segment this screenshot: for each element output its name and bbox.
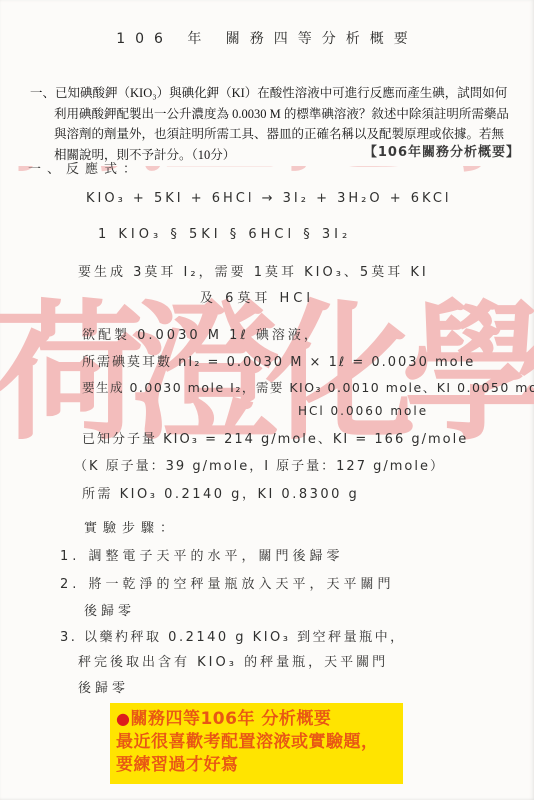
handwritten-line: 要生成 3莫耳 I₂，需要 1莫耳 KIO₃、5莫耳 KI bbox=[78, 261, 429, 280]
note-title: 關務四等106年 分析概要 bbox=[130, 709, 331, 729]
scanned-document-page: 荷澄化學 荷澄化學 106 年 關務四等分析概要 一、已知碘酸鉀（KIO₃）與碘… bbox=[0, 0, 534, 800]
handwritten-line: HCl 0.0060 mole bbox=[298, 404, 428, 418]
handwritten-line: 欲配製 0.0030 M 1ℓ 碘溶液， bbox=[82, 324, 320, 343]
note-line: 要練習過才好寫 bbox=[116, 754, 397, 777]
handwritten-step: 1. 調整電子天平的水平，關門後歸零 bbox=[60, 545, 344, 564]
source-tag: 【106年關務分析概要】 bbox=[364, 141, 520, 160]
highlight-note: ●關務四等106年 分析概要 最近很喜歡考配置溶液或實驗題， 要練習過才好寫 bbox=[110, 703, 403, 784]
handwritten-line: （K 原子量：39 g/mole，I 原子量：127 g/mole） bbox=[74, 455, 445, 474]
handwritten-line: 所需 KIO₃ 0.2140 g，KI 0.8300 g bbox=[82, 483, 359, 502]
handwritten-step-cont: 秤完後取出含有 KIO₃ 的秤量瓶，天平關門 bbox=[78, 651, 388, 670]
handwritten-equation: KIO₃ + 5KI + 6HCl → 3I₂ + 3H₂O + 6KCl bbox=[86, 191, 452, 206]
handwritten-line: 已知分子量 KIO₃ = 214 g/mole、KI = 166 g/mole bbox=[82, 428, 468, 447]
bullet-dot-icon: ● bbox=[116, 709, 130, 728]
handwritten-line: 要生成 0.0030 mole I₂，需要 KIO₃ 0.0010 mole、K… bbox=[82, 378, 534, 396]
handwritten-step-cont: 後歸零 bbox=[84, 600, 135, 619]
note-line: ●關務四等106年 分析概要 bbox=[116, 707, 397, 731]
handwritten-section-label: 一、反應式： bbox=[28, 158, 142, 177]
handwritten-line: 所需碘莫耳數 nI₂ = 0.0030 M × 1ℓ = 0.0030 mole bbox=[82, 351, 475, 370]
page-title: 106 年 關務四等分析概要 bbox=[0, 28, 534, 48]
handwritten-ratio-line: 1 KIO₃ § 5KI § 6HCl § 3I₂ bbox=[98, 227, 351, 242]
handwritten-steps-label: 實驗步驟： bbox=[84, 517, 179, 536]
handwritten-step-cont: 後歸零 bbox=[78, 677, 129, 696]
note-line: 最近很喜歡考配置溶液或實驗題， bbox=[116, 731, 397, 754]
handwritten-step: 3. 以藥杓秤取 0.2140 g KIO₃ 到空秤量瓶中， bbox=[60, 626, 406, 645]
handwritten-line: 及 6莫耳 HCl bbox=[200, 287, 314, 306]
question-line: 一、已知碘酸鉀（KIO₃）與碘化鉀（KI）在酸性溶液中可進行反應而產生碘，試問如… bbox=[30, 83, 510, 104]
handwritten-step: 2. 將一乾淨的空秤量瓶放入天平，天平關門 bbox=[60, 573, 395, 592]
question-line: 利用碘酸鉀配製出一公升濃度為 0.0030 M 的標準碘溶液？敘述中除須註明所需… bbox=[54, 104, 510, 125]
